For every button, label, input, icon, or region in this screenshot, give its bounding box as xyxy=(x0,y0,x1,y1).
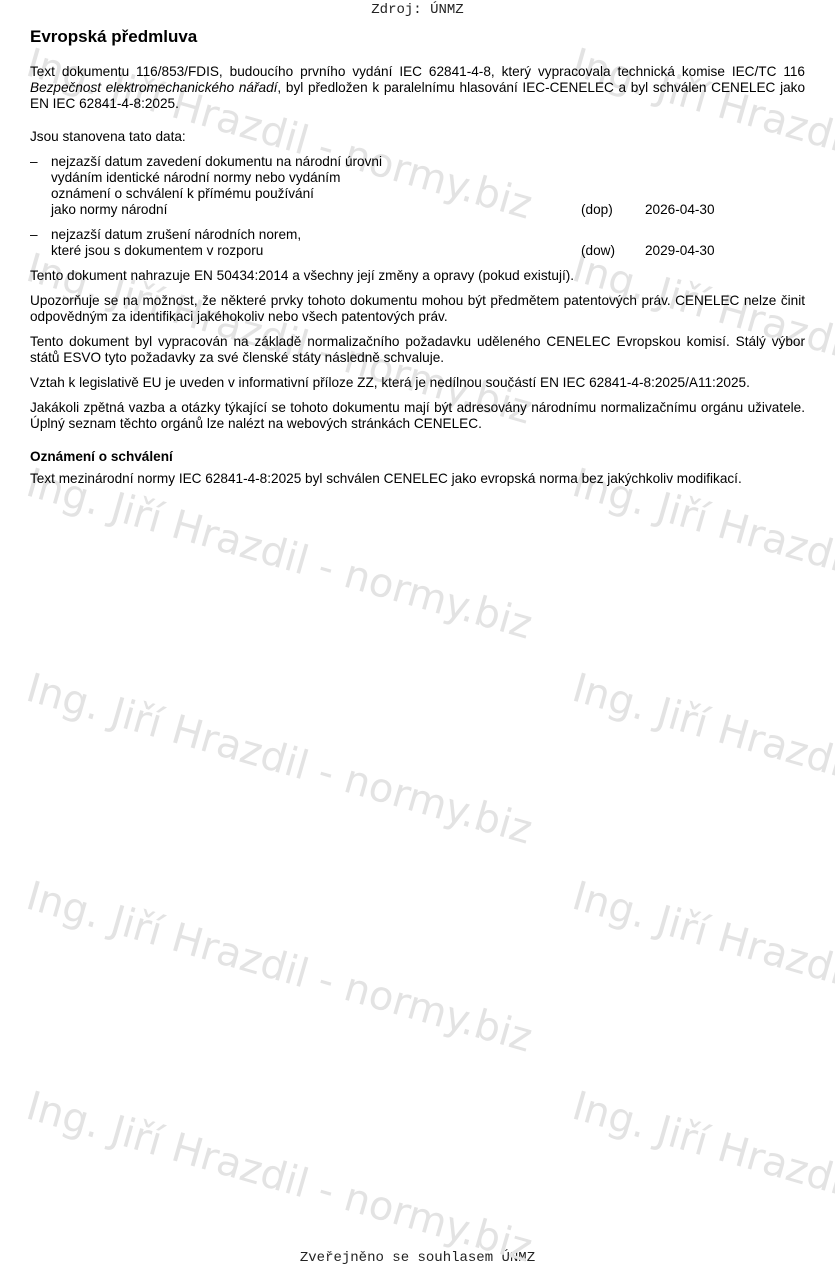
paragraph-patents: Upozorňuje se na možnost, že některé prv… xyxy=(30,293,805,325)
page-title: Evropská předmluva xyxy=(30,26,805,48)
watermark: Ing. Jiří Hrazdil - normy.biz xyxy=(21,1083,537,1269)
date-description: nejzazší datum zavedení dokumentu na nár… xyxy=(30,154,431,218)
source-label: Zdroj: ÚNMZ xyxy=(0,2,835,18)
dates-intro: Jsou stanovena tato data: xyxy=(30,129,805,145)
date-item-dow: – nejzazší datum zrušení národních norem… xyxy=(30,227,805,259)
watermark: Ing. Jiří Hrazdil - normy.biz xyxy=(21,665,537,853)
approval-heading: Oznámení o schválení xyxy=(30,449,805,465)
paragraph-legislation: Vztah k legislativě EU je uveden v infor… xyxy=(30,375,805,391)
date-description: nejzazší datum zrušení národních norem, … xyxy=(30,227,431,259)
watermark: Ing. Jiří Hrazdil - normy.biz xyxy=(567,665,835,853)
intro-paragraph: Text dokumentu 116/853/FDIS, budoucího p… xyxy=(30,64,805,112)
date-code: (dop) xyxy=(581,202,613,218)
paragraph-mandate: Tento dokument byl vypracován na základě… xyxy=(30,334,805,366)
dash: – xyxy=(30,227,38,243)
watermark: Ing. Jiří Hrazdil - normy.biz xyxy=(567,1083,835,1269)
footer-published: Zveřejněno se souhlasem ÚNMZ xyxy=(0,1250,835,1266)
committee-title: Bezpečnost elektromechanického nářadí xyxy=(30,80,277,95)
dash: – xyxy=(30,154,38,170)
approval-text: Text mezinárodní normy IEC 62841-4-8:202… xyxy=(30,471,805,487)
date-value: 2026-04-30 xyxy=(645,202,715,218)
watermark: Ing. Jiří Hrazdil - normy.biz xyxy=(21,873,537,1061)
paragraph-replaces: Tento dokument nahrazuje EN 50434:2014 a… xyxy=(30,268,805,284)
date-value: 2029-04-30 xyxy=(645,243,715,259)
date-code: (dow) xyxy=(581,243,615,259)
date-item-dop: – nejzazší datum zavedení dokumentu na n… xyxy=(30,154,805,218)
watermark: Ing. Jiří Hrazdil - normy.biz xyxy=(567,873,835,1061)
paragraph-feedback: Jakákoli zpětná vazba a otázky týkající … xyxy=(30,400,805,432)
document-body: Evropská předmluva Text dokumentu 116/85… xyxy=(30,26,805,496)
